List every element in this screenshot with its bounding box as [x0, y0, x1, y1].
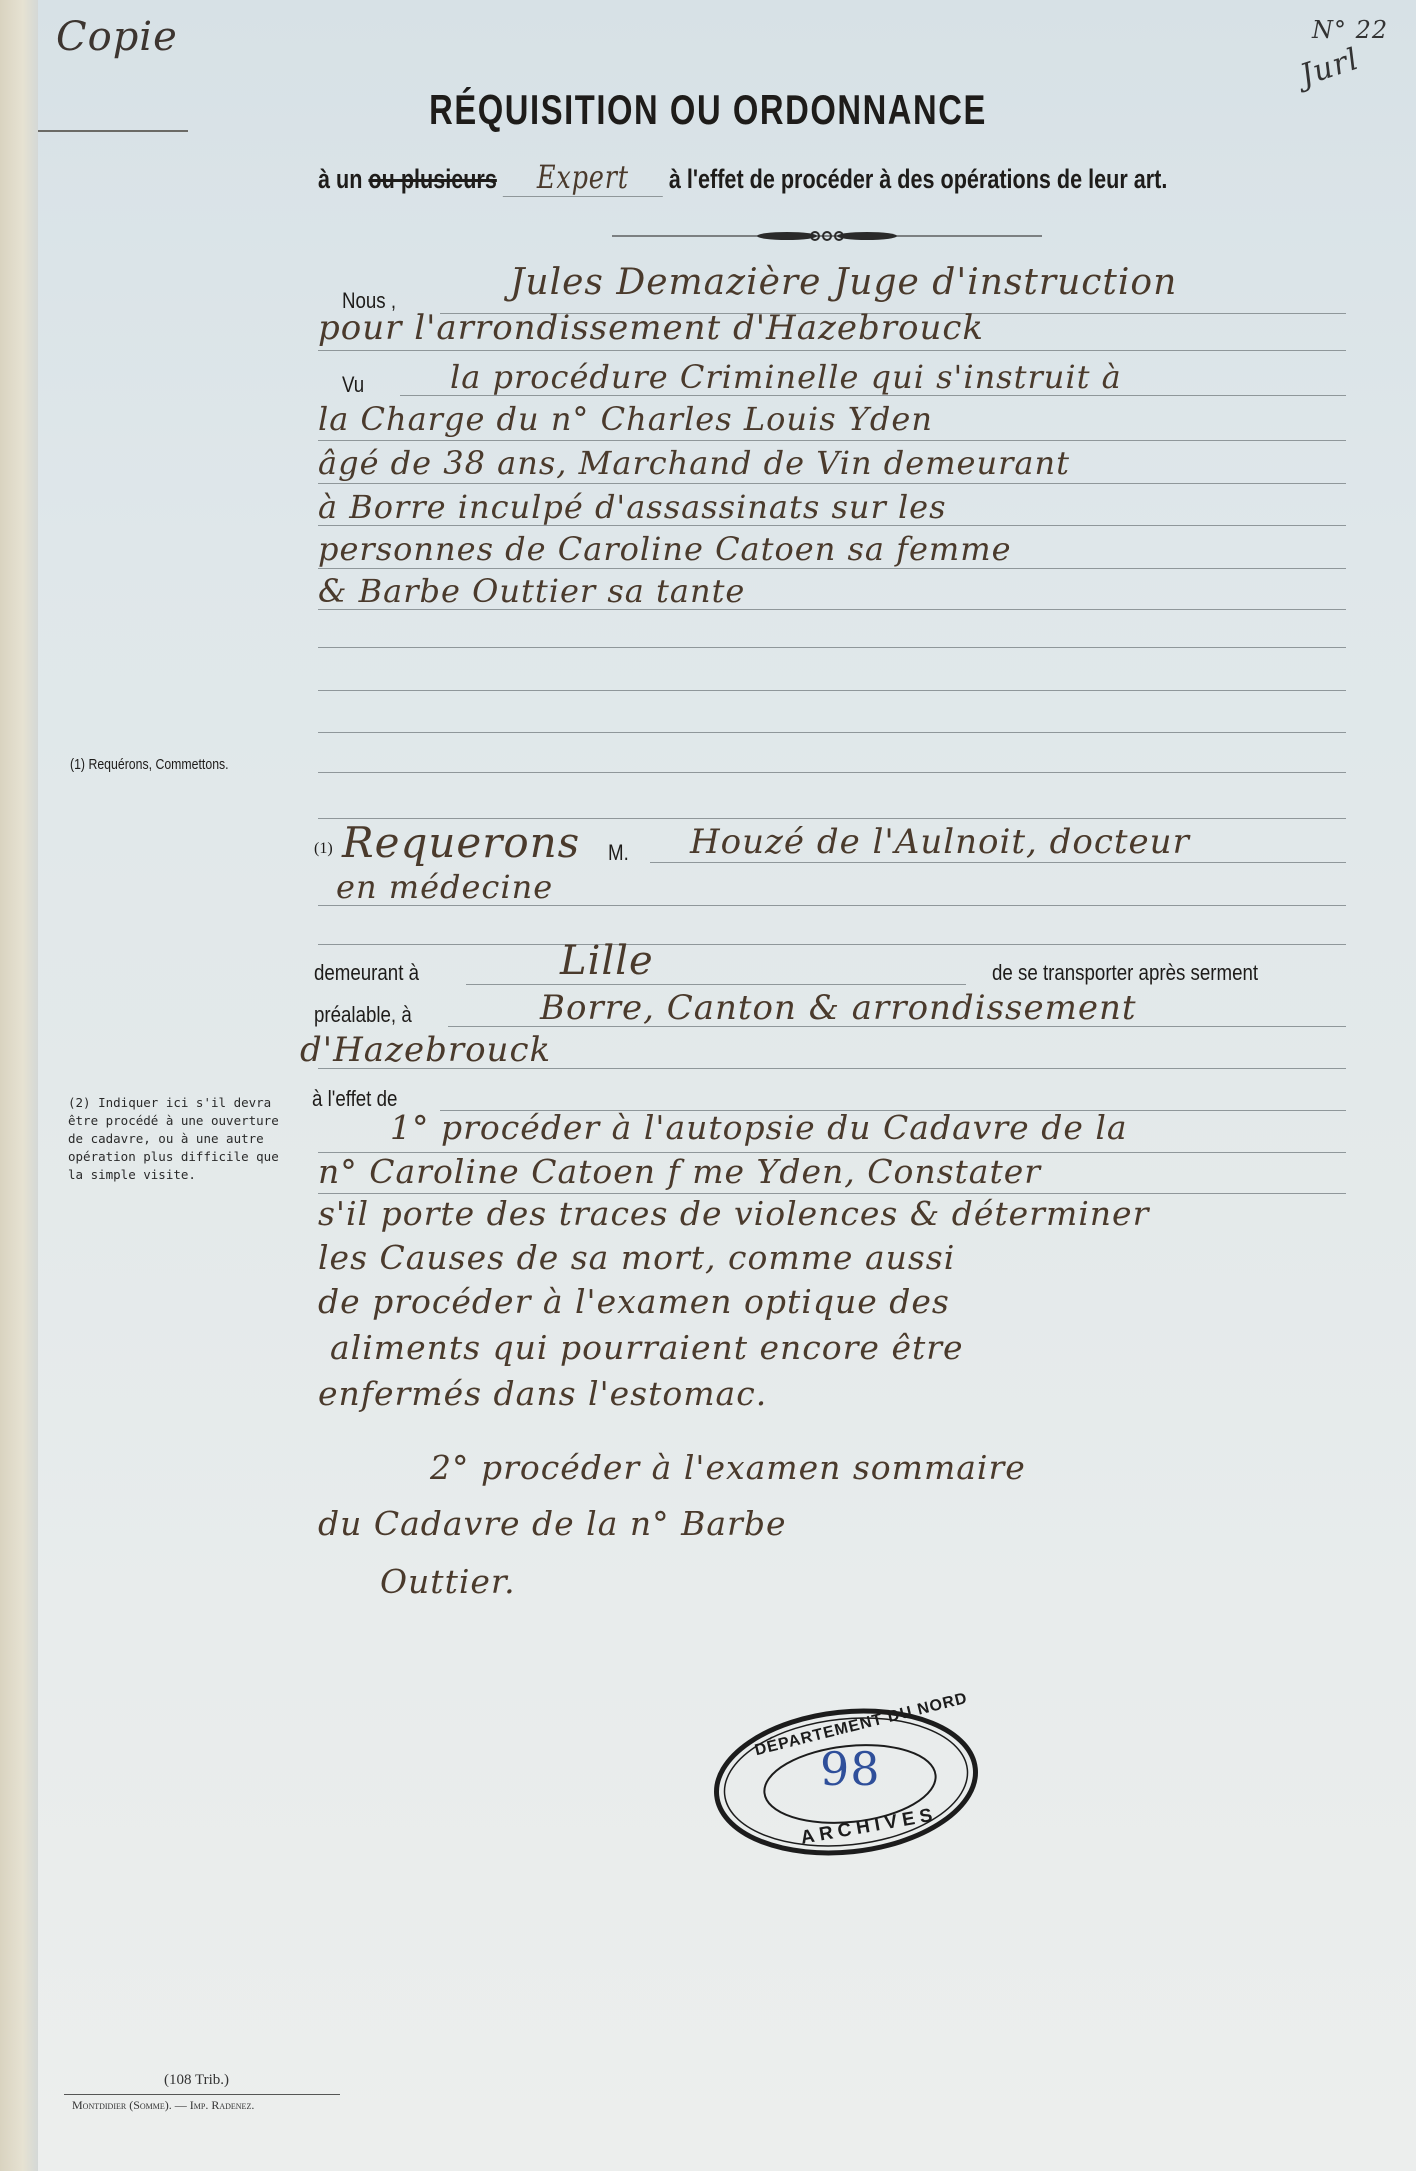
ruled-line — [318, 483, 1346, 484]
stamp-number: 98 — [820, 1742, 881, 1796]
effet-line-9: du Cadavre de la n° Barbe — [318, 1504, 787, 1543]
page-title: RÉQUISITION OU ORDONNANCE — [156, 86, 1260, 134]
prealable-label: préalable, à — [314, 1002, 412, 1028]
prealable-line-2: d'Hazebrouck — [300, 1030, 551, 1070]
transport-label: de se transporter après serment — [992, 960, 1258, 986]
vu-line-3: âgé de 38 ans, Marchand de Vin demeurant — [318, 444, 1070, 482]
effet-line-6: aliments qui pourraient encore être — [330, 1328, 964, 1367]
requerons-filled: Requerons — [342, 818, 580, 867]
ruled-line-empty — [318, 772, 1346, 773]
ruled-line-empty — [318, 732, 1346, 733]
ruled-line — [318, 350, 1346, 351]
ruled-line-empty — [318, 944, 1346, 945]
effet-line-1: 1° procéder à l'autopsie du Cadavre de l… — [390, 1108, 1128, 1147]
document-number: N° 22 — [1312, 16, 1388, 44]
printer-imprint: Montdidier (Somme). — Imp. Radenez. — [72, 2098, 254, 2113]
ruled-line — [650, 862, 1346, 863]
margin-note-requerons: (1) Requérons, Commettons. — [70, 756, 229, 773]
effet-label: à l'effet de — [312, 1086, 397, 1112]
m-label: M. — [608, 840, 629, 866]
ruled-line-empty — [318, 690, 1346, 691]
demeurant-filled: Lille — [560, 938, 654, 984]
vu-line-2: la Charge du n° Charles Louis Yden — [318, 400, 933, 438]
nous-line-2: pour l'arrondissement d'Hazebrouck — [318, 308, 984, 348]
vu-label: Vu — [342, 372, 364, 398]
effet-line-7: enfermés dans l'estomac. — [318, 1374, 767, 1413]
archives-stamp: DÉPARTEMENT DU NORD ARCHIVES 98 — [712, 1706, 980, 1858]
expert-name-line-1: Houzé de l'Aulnoit, docteur — [690, 822, 1190, 862]
effet-line-10: Outtier. — [380, 1562, 516, 1601]
ruled-line-empty — [318, 647, 1346, 648]
footnote-marker-1: (1) — [314, 840, 333, 858]
effet-line-8: 2° procéder à l'examen sommaire — [430, 1448, 1026, 1487]
footer-rule — [64, 2094, 340, 2095]
vu-line-6: & Barbe Outtier sa tante — [318, 572, 745, 610]
form-code: (108 Trib.) — [164, 2072, 229, 2089]
ruled-line — [318, 440, 1346, 441]
subtitle-struck-text: ou plusieurs — [368, 164, 496, 194]
copy-annotation: Copie — [56, 14, 178, 60]
nous-line-1: Jules Demazière Juge d'instruction — [510, 262, 1177, 303]
prealable-line-1: Borre, Canton & arrondissement — [540, 988, 1137, 1028]
effet-line-4: les Causes de sa mort, comme aussi — [318, 1238, 955, 1277]
expert-name-line-2: en médecine — [336, 868, 553, 906]
subtitle-prefix: à un — [318, 164, 362, 194]
ornament-divider-icon — [612, 228, 1042, 244]
subtitle-filled-expert: Expert — [503, 158, 663, 197]
vu-line-5: personnes de Caroline Catoen sa femme — [318, 530, 1012, 568]
ruled-line — [466, 984, 966, 985]
vu-line-1: la procédure Criminelle qui s'instruit à — [450, 358, 1122, 396]
effet-line-5: de procéder à l'examen optique des — [318, 1282, 950, 1321]
margin-note-operation: (2) Indiquer ici s'il devra être procédé… — [68, 1094, 298, 1184]
effet-line-3: s'il porte des traces de violences & dét… — [318, 1194, 1149, 1233]
adjacent-page-edge — [0, 0, 39, 2171]
demeurant-label: demeurant à — [314, 960, 419, 986]
vu-line-4: à Borre inculpé d'assassinats sur les — [318, 488, 947, 526]
subtitle: à un ou plusieurs Expert à l'effet de pr… — [318, 158, 1167, 197]
subtitle-suffix: à l'effet de procéder à des opérations d… — [669, 164, 1167, 194]
effet-line-2: n° Caroline Catoen f me Yden, Constater — [318, 1152, 1041, 1191]
ruled-line — [318, 568, 1346, 569]
